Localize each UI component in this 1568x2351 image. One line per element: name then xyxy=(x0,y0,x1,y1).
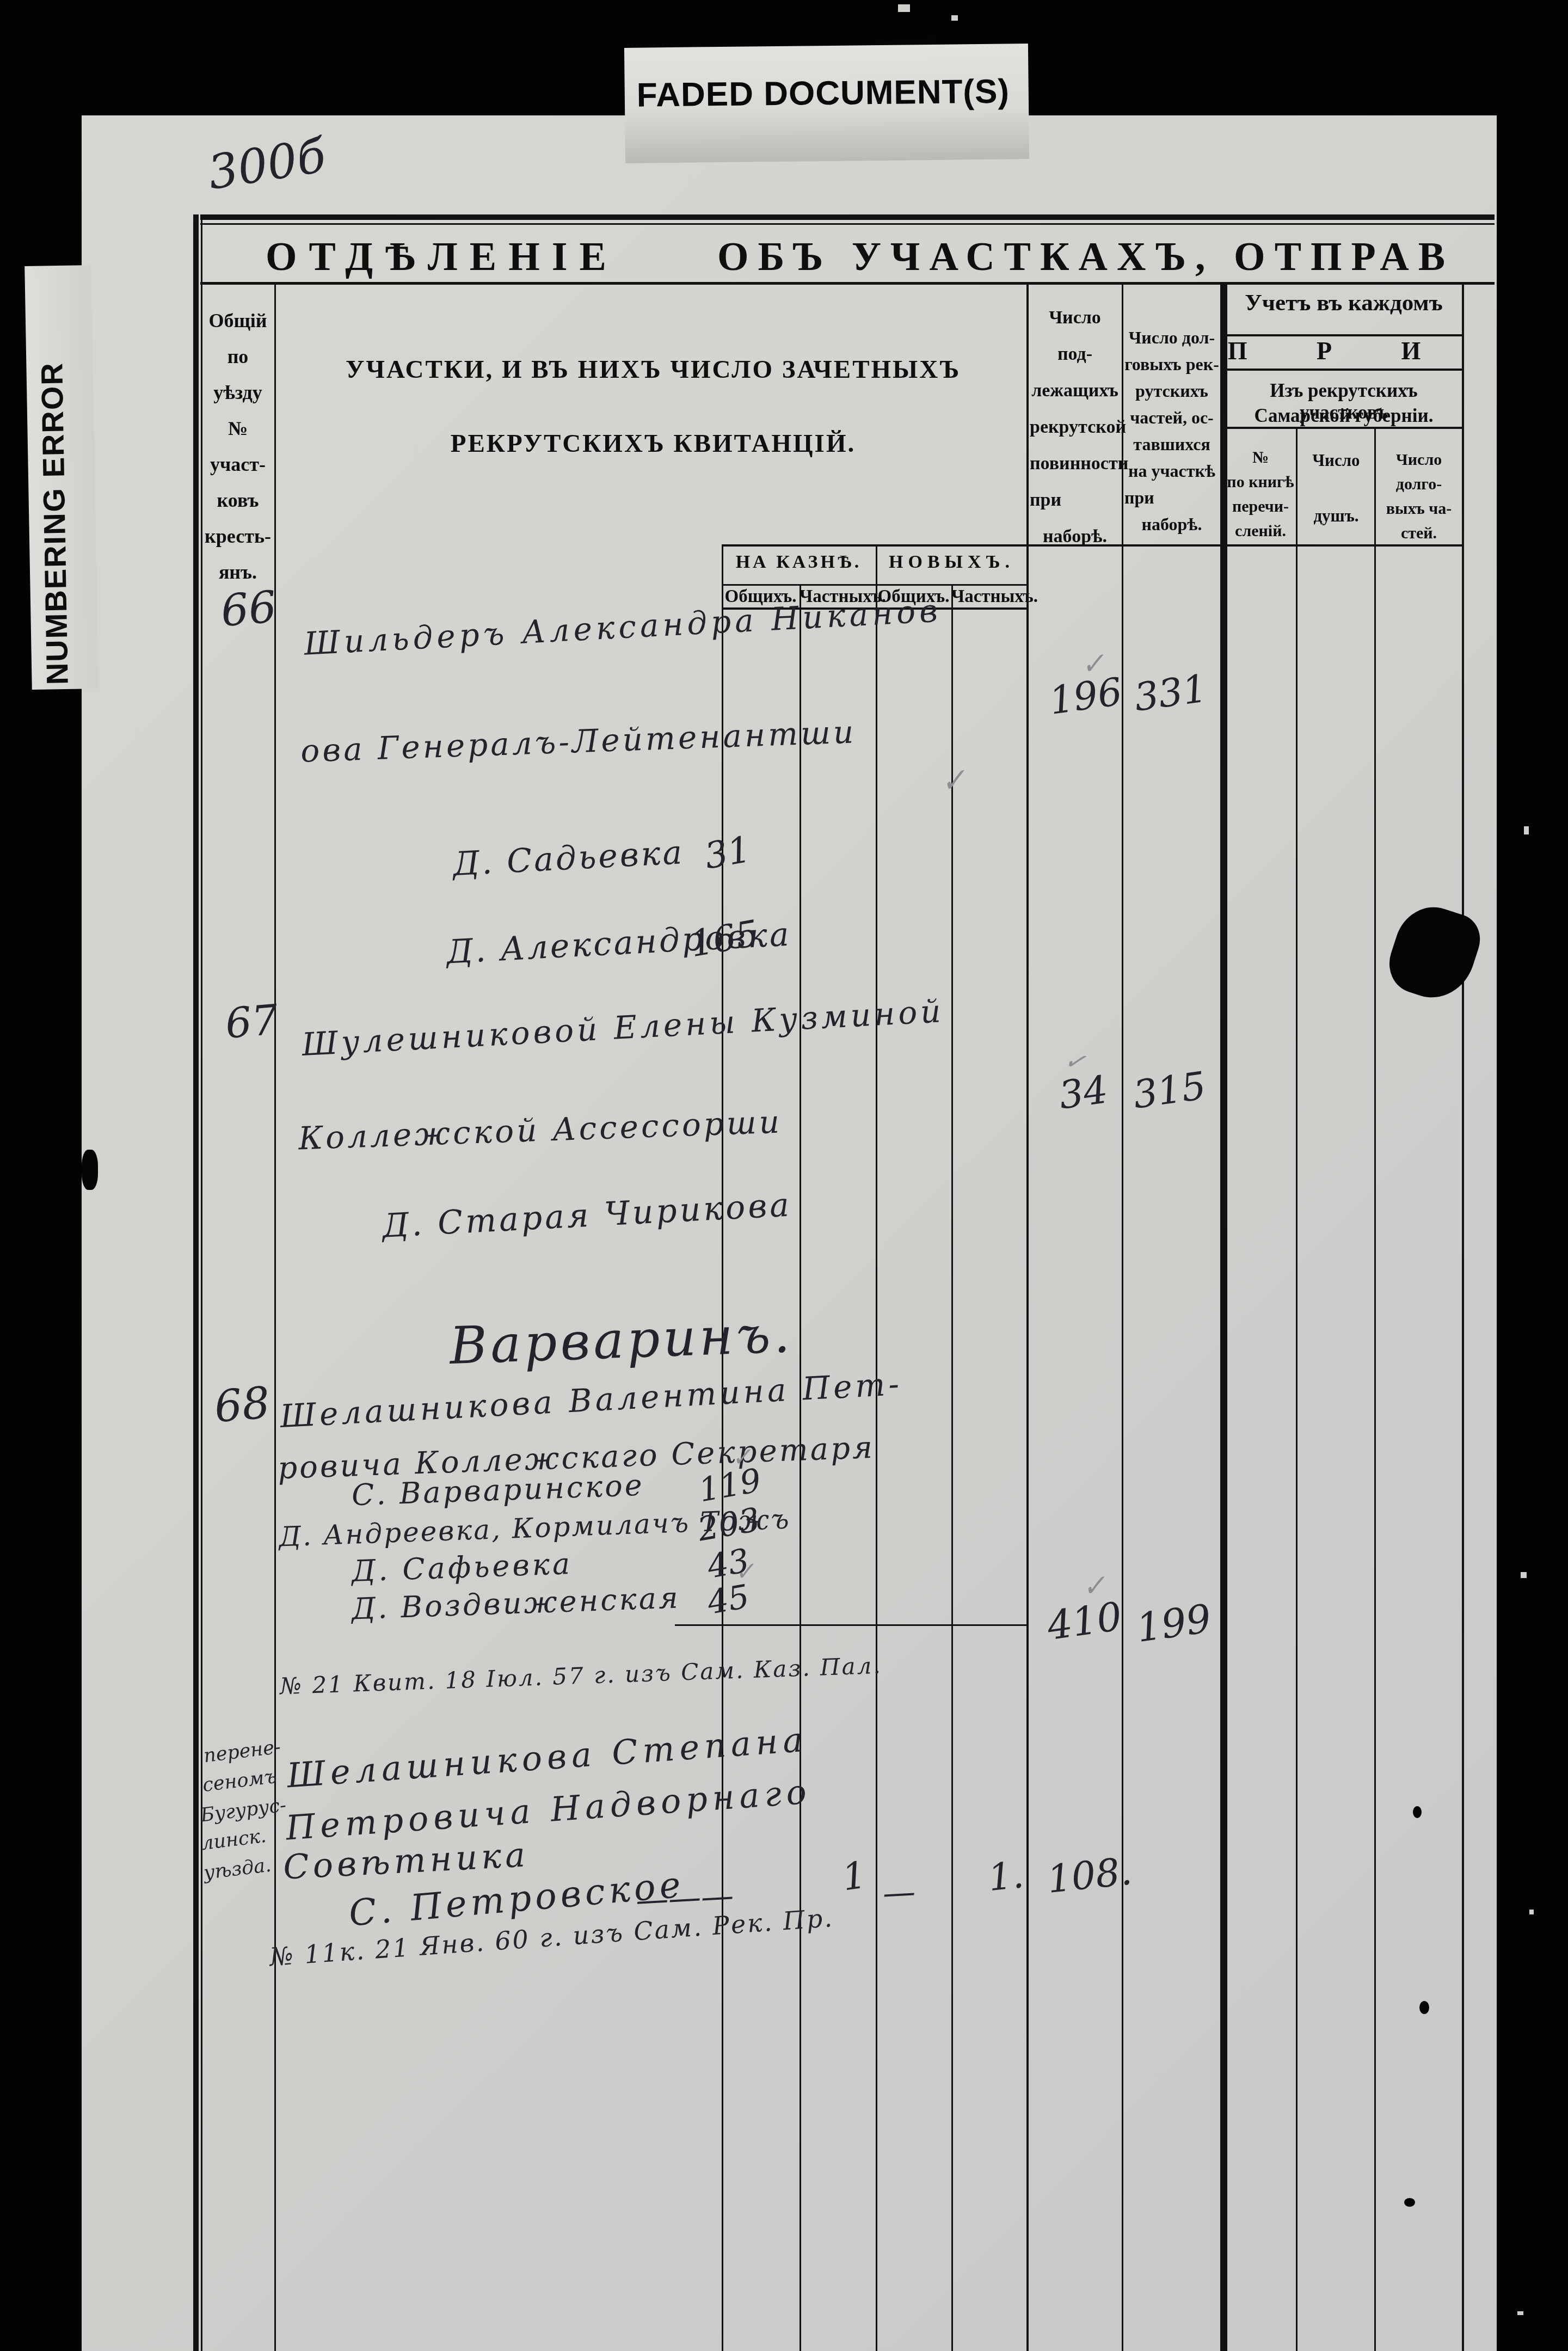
right-block-thick-border xyxy=(1220,283,1227,2351)
faded-document-label-text: FADED DOCUMENT(S) xyxy=(636,72,1010,114)
varvarin-heading: Варваринъ. xyxy=(448,1305,794,1376)
col-novyh-mid xyxy=(951,584,953,2351)
table-title-part2: ОБЪ УЧАСТКАХЪ, ОТПРАВ xyxy=(717,234,1454,280)
entry68-sum-rule xyxy=(675,1624,1028,1626)
col-header-kniga: № по книгѣ перечи- сленій. xyxy=(1225,445,1296,543)
microfilm-scan: FADED DOCUMENT(S) NUMBERING ERROR 300б О… xyxy=(0,0,1568,2351)
col-header-uchastki-line1: УЧАСТКИ, И ВЪ НИХЪ ЧИСЛО ЗАЧЕТНЫХЪ xyxy=(294,355,1012,384)
col-header-podlezh: Число под- лежащихъ рекрутской повинност… xyxy=(1030,299,1120,555)
col-header-dush-line2: душъ. xyxy=(1299,506,1374,526)
ink-spot xyxy=(1404,2198,1415,2207)
right-header-pri: П Р И xyxy=(1226,336,1454,365)
col-header-district-no: Общій по уѣзду № участ- ковъ кресть- янъ… xyxy=(201,303,274,590)
right-header-uchet: Учетъ въ каждомъ xyxy=(1226,290,1462,316)
title-bottom-rule xyxy=(200,282,1495,285)
entry67-podlezh-value: 34 xyxy=(1056,1067,1111,1118)
entry67-number: 67 xyxy=(223,995,280,1048)
entry68-place4-checkmark: ✓ xyxy=(733,1557,756,1587)
table-right-border xyxy=(1462,283,1464,2351)
left-border-thick xyxy=(193,214,199,2351)
film-speck xyxy=(1529,1910,1534,1914)
entry68-number: 68 xyxy=(212,1377,272,1433)
group-header-novyh: НОВЫХЪ. xyxy=(876,552,1028,573)
ink-spot xyxy=(1413,1806,1422,1818)
pri-bottom-rule xyxy=(1223,369,1464,371)
col-dolg-left xyxy=(1122,283,1123,2351)
col-header-dolgchast: Число долго- выхъ ча- стей. xyxy=(1377,447,1461,545)
ink-spot xyxy=(1419,2001,1429,2014)
film-speck xyxy=(898,4,910,12)
kazne-under-rule xyxy=(722,584,1028,586)
entry66-podlezh-checkmark: ✓ xyxy=(1079,647,1106,682)
col-header-uchastki-line2: РЕКРУТСКИХЪ КВИТАНЦІЙ. xyxy=(294,429,1012,458)
film-speck xyxy=(951,15,958,21)
edge-mark-left xyxy=(82,1150,98,1190)
film-speck xyxy=(1521,1572,1527,1578)
col-header-dush-line1: Число xyxy=(1299,451,1374,470)
iz-bottom-rule xyxy=(1223,427,1464,429)
subcol-chastnyh-2: Частныхъ. xyxy=(951,587,1026,607)
film-speck xyxy=(1517,2311,1523,2315)
col-dush-right xyxy=(1374,429,1376,2351)
entry68-place1-checkmark: ✓ xyxy=(730,1442,753,1472)
faded-document-label: FADED DOCUMENT(S) xyxy=(624,44,1029,163)
entry66-number: 66 xyxy=(219,581,279,637)
transfer-value2: 1. xyxy=(986,1853,1026,1900)
transfer-value3: 108. xyxy=(1045,1849,1134,1902)
table-top-border-thin xyxy=(200,223,1495,225)
entry68-podlezh-checkmark: ✓ xyxy=(1080,1569,1108,1604)
numbering-error-text: NUMBERING ERROR xyxy=(32,270,75,685)
col-kniga-right xyxy=(1296,429,1298,2351)
group-header-kazne: НА КАЗНѢ. xyxy=(722,552,876,573)
right-header-iz-line2: Самарской губерніи. xyxy=(1226,405,1462,427)
transfer-dash2: — xyxy=(882,1873,917,1912)
film-speck xyxy=(1524,826,1529,834)
entry66-place1-value: 31 xyxy=(702,828,754,877)
col-novyh-left xyxy=(876,546,877,2351)
numbering-error-tab: NUMBERING ERROR xyxy=(24,265,99,690)
table-top-border xyxy=(200,214,1495,220)
col-header-dolg: Число дол- говыхъ рек- рутскихъ частей, … xyxy=(1124,324,1219,538)
table-title-part1: ОТДѢЛЕНІЕ xyxy=(266,234,618,280)
entry66-checkmark: ✓ xyxy=(938,762,969,800)
